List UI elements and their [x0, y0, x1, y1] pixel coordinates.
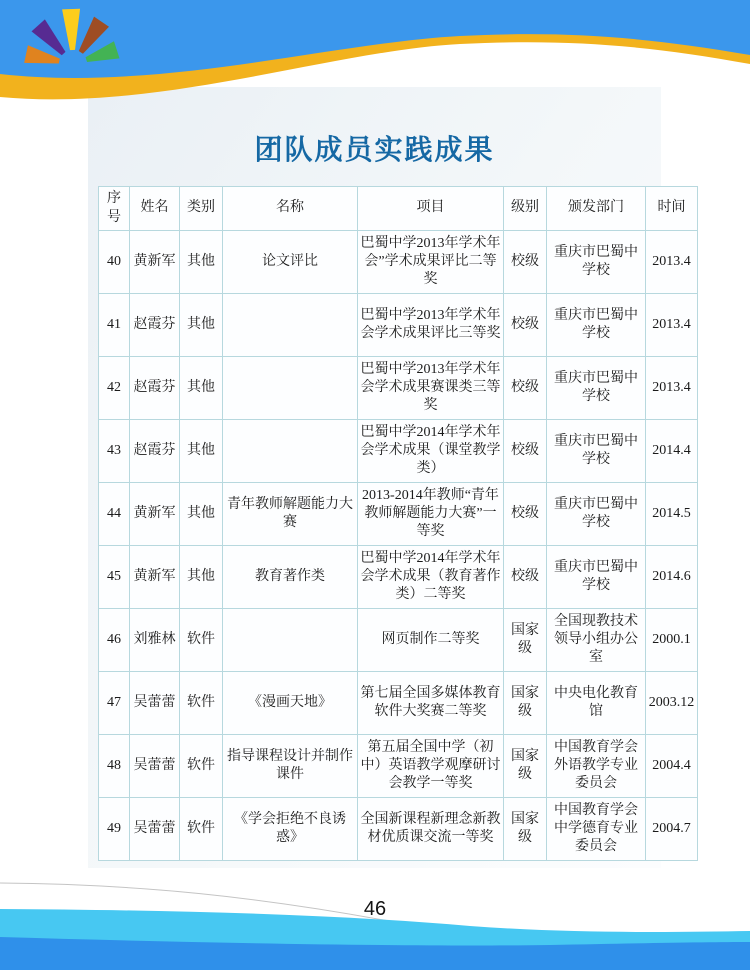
footer-blue-wave	[0, 937, 750, 970]
cell-no: 44	[99, 483, 130, 546]
cell-no: 46	[99, 609, 130, 672]
cell-department: 重庆市巴蜀中学校	[547, 546, 646, 609]
column-header: 序号	[99, 187, 130, 231]
cell-name: 赵霞芬	[130, 294, 180, 357]
column-header: 姓名	[130, 187, 180, 231]
table-row: 43赵霞芬其他巴蜀中学2014年学术年会学术成果（课堂教学类）校级重庆市巴蜀中学…	[99, 420, 698, 483]
cell-category: 其他	[180, 357, 223, 420]
header-blue-band	[0, 0, 750, 78]
results-table-body: 40黄新军其他论文评比巴蜀中学2013年学术年会”学术成果评比二等奖校级重庆市巴…	[99, 231, 698, 861]
cell-name: 刘雅林	[130, 609, 180, 672]
cell-title: 《漫画天地》	[223, 672, 358, 735]
cell-name: 吴蕾蕾	[130, 735, 180, 798]
table-row: 41赵霞芬其他巴蜀中学2013年学术年会学术成果评比三等奖校级重庆市巴蜀中学校2…	[99, 294, 698, 357]
logo-ray-purple-icon	[32, 19, 71, 59]
table-row: 46刘雅林软件网页制作二等奖国家级全国现教技术领导小组办公室2000.1	[99, 609, 698, 672]
table-row: 49吴蕾蕾软件《学会拒绝不良诱惑》全国新课程新理念新教材优质课交流一等奖国家级中…	[99, 798, 698, 861]
cell-project: 巴蜀中学2013年学术年会学术成果评比三等奖	[358, 294, 504, 357]
cell-no: 45	[99, 546, 130, 609]
cell-level: 校级	[504, 294, 547, 357]
cell-name: 黄新军	[130, 546, 180, 609]
cell-title	[223, 420, 358, 483]
logo-ray-orange-icon	[24, 45, 61, 70]
cell-no: 48	[99, 735, 130, 798]
cell-time: 2013.4	[646, 357, 698, 420]
cell-level: 校级	[504, 231, 547, 294]
cell-department: 重庆市巴蜀中学校	[547, 420, 646, 483]
cell-no: 42	[99, 357, 130, 420]
cell-category: 软件	[180, 735, 223, 798]
cell-project: 第七届全国多媒体教育软件大奖赛二等奖	[358, 672, 504, 735]
cell-time: 2004.4	[646, 735, 698, 798]
page-number: 46	[0, 898, 750, 921]
cell-name: 黄新军	[130, 483, 180, 546]
cell-time: 2013.4	[646, 231, 698, 294]
cell-project: 全国新课程新理念新教材优质课交流一等奖	[358, 798, 504, 861]
column-header: 类别	[180, 187, 223, 231]
fan-logo	[24, 9, 119, 70]
cell-project: 网页制作二等奖	[358, 609, 504, 672]
cell-no: 41	[99, 294, 130, 357]
cell-project: 第五届全国中学（初中）英语教学观摩研讨会教学一等奖	[358, 735, 504, 798]
cell-level: 校级	[504, 483, 547, 546]
cell-name: 吴蕾蕾	[130, 798, 180, 861]
cell-name: 赵霞芬	[130, 420, 180, 483]
cell-department: 重庆市巴蜀中学校	[547, 294, 646, 357]
cell-category: 其他	[180, 483, 223, 546]
table-row: 45黄新军其他教育著作类巴蜀中学2014年学术年会学术成果（教育著作类）二等奖校…	[99, 546, 698, 609]
cell-level: 校级	[504, 420, 547, 483]
cell-level: 校级	[504, 357, 547, 420]
cell-time: 2003.12	[646, 672, 698, 735]
cell-level: 国家级	[504, 672, 547, 735]
cell-name: 黄新军	[130, 231, 180, 294]
cell-title: 《学会拒绝不良诱惑》	[223, 798, 358, 861]
cell-level: 国家级	[504, 798, 547, 861]
cell-level: 校级	[504, 546, 547, 609]
cell-title: 教育著作类	[223, 546, 358, 609]
cell-no: 47	[99, 672, 130, 735]
cell-department: 中国教育学会中学德育专业委员会	[547, 798, 646, 861]
cell-title: 指导课程设计并制作课件	[223, 735, 358, 798]
cell-title	[223, 357, 358, 420]
cell-no: 43	[99, 420, 130, 483]
cell-level: 国家级	[504, 735, 547, 798]
content-panel: 团队成员实践成果 序号姓名类别名称项目级别颁发部门时间 40黄新军其他论文评比巴…	[88, 87, 661, 868]
cell-category: 其他	[180, 420, 223, 483]
results-table-head: 序号姓名类别名称项目级别颁发部门时间	[99, 187, 698, 231]
cell-category: 软件	[180, 609, 223, 672]
column-header: 级别	[504, 187, 547, 231]
cell-time: 2014.4	[646, 420, 698, 483]
cell-department: 中国教育学会外语教学专业委员会	[547, 735, 646, 798]
table-row: 48吴蕾蕾软件指导课程设计并制作课件第五届全国中学（初中）英语教学观摩研讨会教学…	[99, 735, 698, 798]
cell-project: 巴蜀中学2013年学术年会”学术成果评比二等奖	[358, 231, 504, 294]
table-header-row: 序号姓名类别名称项目级别颁发部门时间	[99, 187, 698, 231]
cell-category: 其他	[180, 546, 223, 609]
cell-name: 赵霞芬	[130, 357, 180, 420]
cell-project: 巴蜀中学2014年学术年会学术成果（课堂教学类）	[358, 420, 504, 483]
cell-category: 其他	[180, 231, 223, 294]
column-header: 时间	[646, 187, 698, 231]
table-row: 40黄新军其他论文评比巴蜀中学2013年学术年会”学术成果评比二等奖校级重庆市巴…	[99, 231, 698, 294]
table-row: 47吴蕾蕾软件《漫画天地》第七届全国多媒体教育软件大奖赛二等奖国家级中央电化教育…	[99, 672, 698, 735]
cell-title: 青年教师解题能力大赛	[223, 483, 358, 546]
cell-time: 2014.5	[646, 483, 698, 546]
cell-no: 49	[99, 798, 130, 861]
cell-department: 重庆市巴蜀中学校	[547, 231, 646, 294]
cell-project: 巴蜀中学2013年学术年会学术成果赛课类三等奖	[358, 357, 504, 420]
cell-department: 全国现教技术领导小组办公室	[547, 609, 646, 672]
cell-time: 2000.1	[646, 609, 698, 672]
cell-category: 软件	[180, 672, 223, 735]
cell-title: 论文评比	[223, 231, 358, 294]
table-row: 44黄新军其他青年教师解题能力大赛2013-2014年教师“青年教师解题能力大赛…	[99, 483, 698, 546]
cell-name: 吴蕾蕾	[130, 672, 180, 735]
cell-time: 2004.7	[646, 798, 698, 861]
logo-ray-rust-icon	[73, 17, 109, 58]
cell-time: 2014.6	[646, 546, 698, 609]
cell-department: 重庆市巴蜀中学校	[547, 483, 646, 546]
column-header: 名称	[223, 187, 358, 231]
column-header: 项目	[358, 187, 504, 231]
cell-department: 重庆市巴蜀中学校	[547, 357, 646, 420]
cell-title	[223, 294, 358, 357]
table-row: 42赵霞芬其他巴蜀中学2013年学术年会学术成果赛课类三等奖校级重庆市巴蜀中学校…	[99, 357, 698, 420]
header-yellow-band	[0, 0, 750, 99]
logo-ray-yellow-icon	[62, 9, 81, 51]
cell-no: 40	[99, 231, 130, 294]
cell-category: 其他	[180, 294, 223, 357]
logo-ray-green-icon	[84, 41, 120, 68]
results-table: 序号姓名类别名称项目级别颁发部门时间 40黄新军其他论文评比巴蜀中学2013年学…	[98, 186, 698, 861]
cell-time: 2013.4	[646, 294, 698, 357]
cell-level: 国家级	[504, 609, 547, 672]
cell-title	[223, 609, 358, 672]
cell-project: 2013-2014年教师“青年教师解题能力大赛”一等奖	[358, 483, 504, 546]
cell-category: 软件	[180, 798, 223, 861]
cell-department: 中央电化教育馆	[547, 672, 646, 735]
column-header: 颁发部门	[547, 187, 646, 231]
page-title: 团队成员实践成果	[88, 128, 661, 168]
cell-project: 巴蜀中学2014年学术年会学术成果（教育著作类）二等奖	[358, 546, 504, 609]
